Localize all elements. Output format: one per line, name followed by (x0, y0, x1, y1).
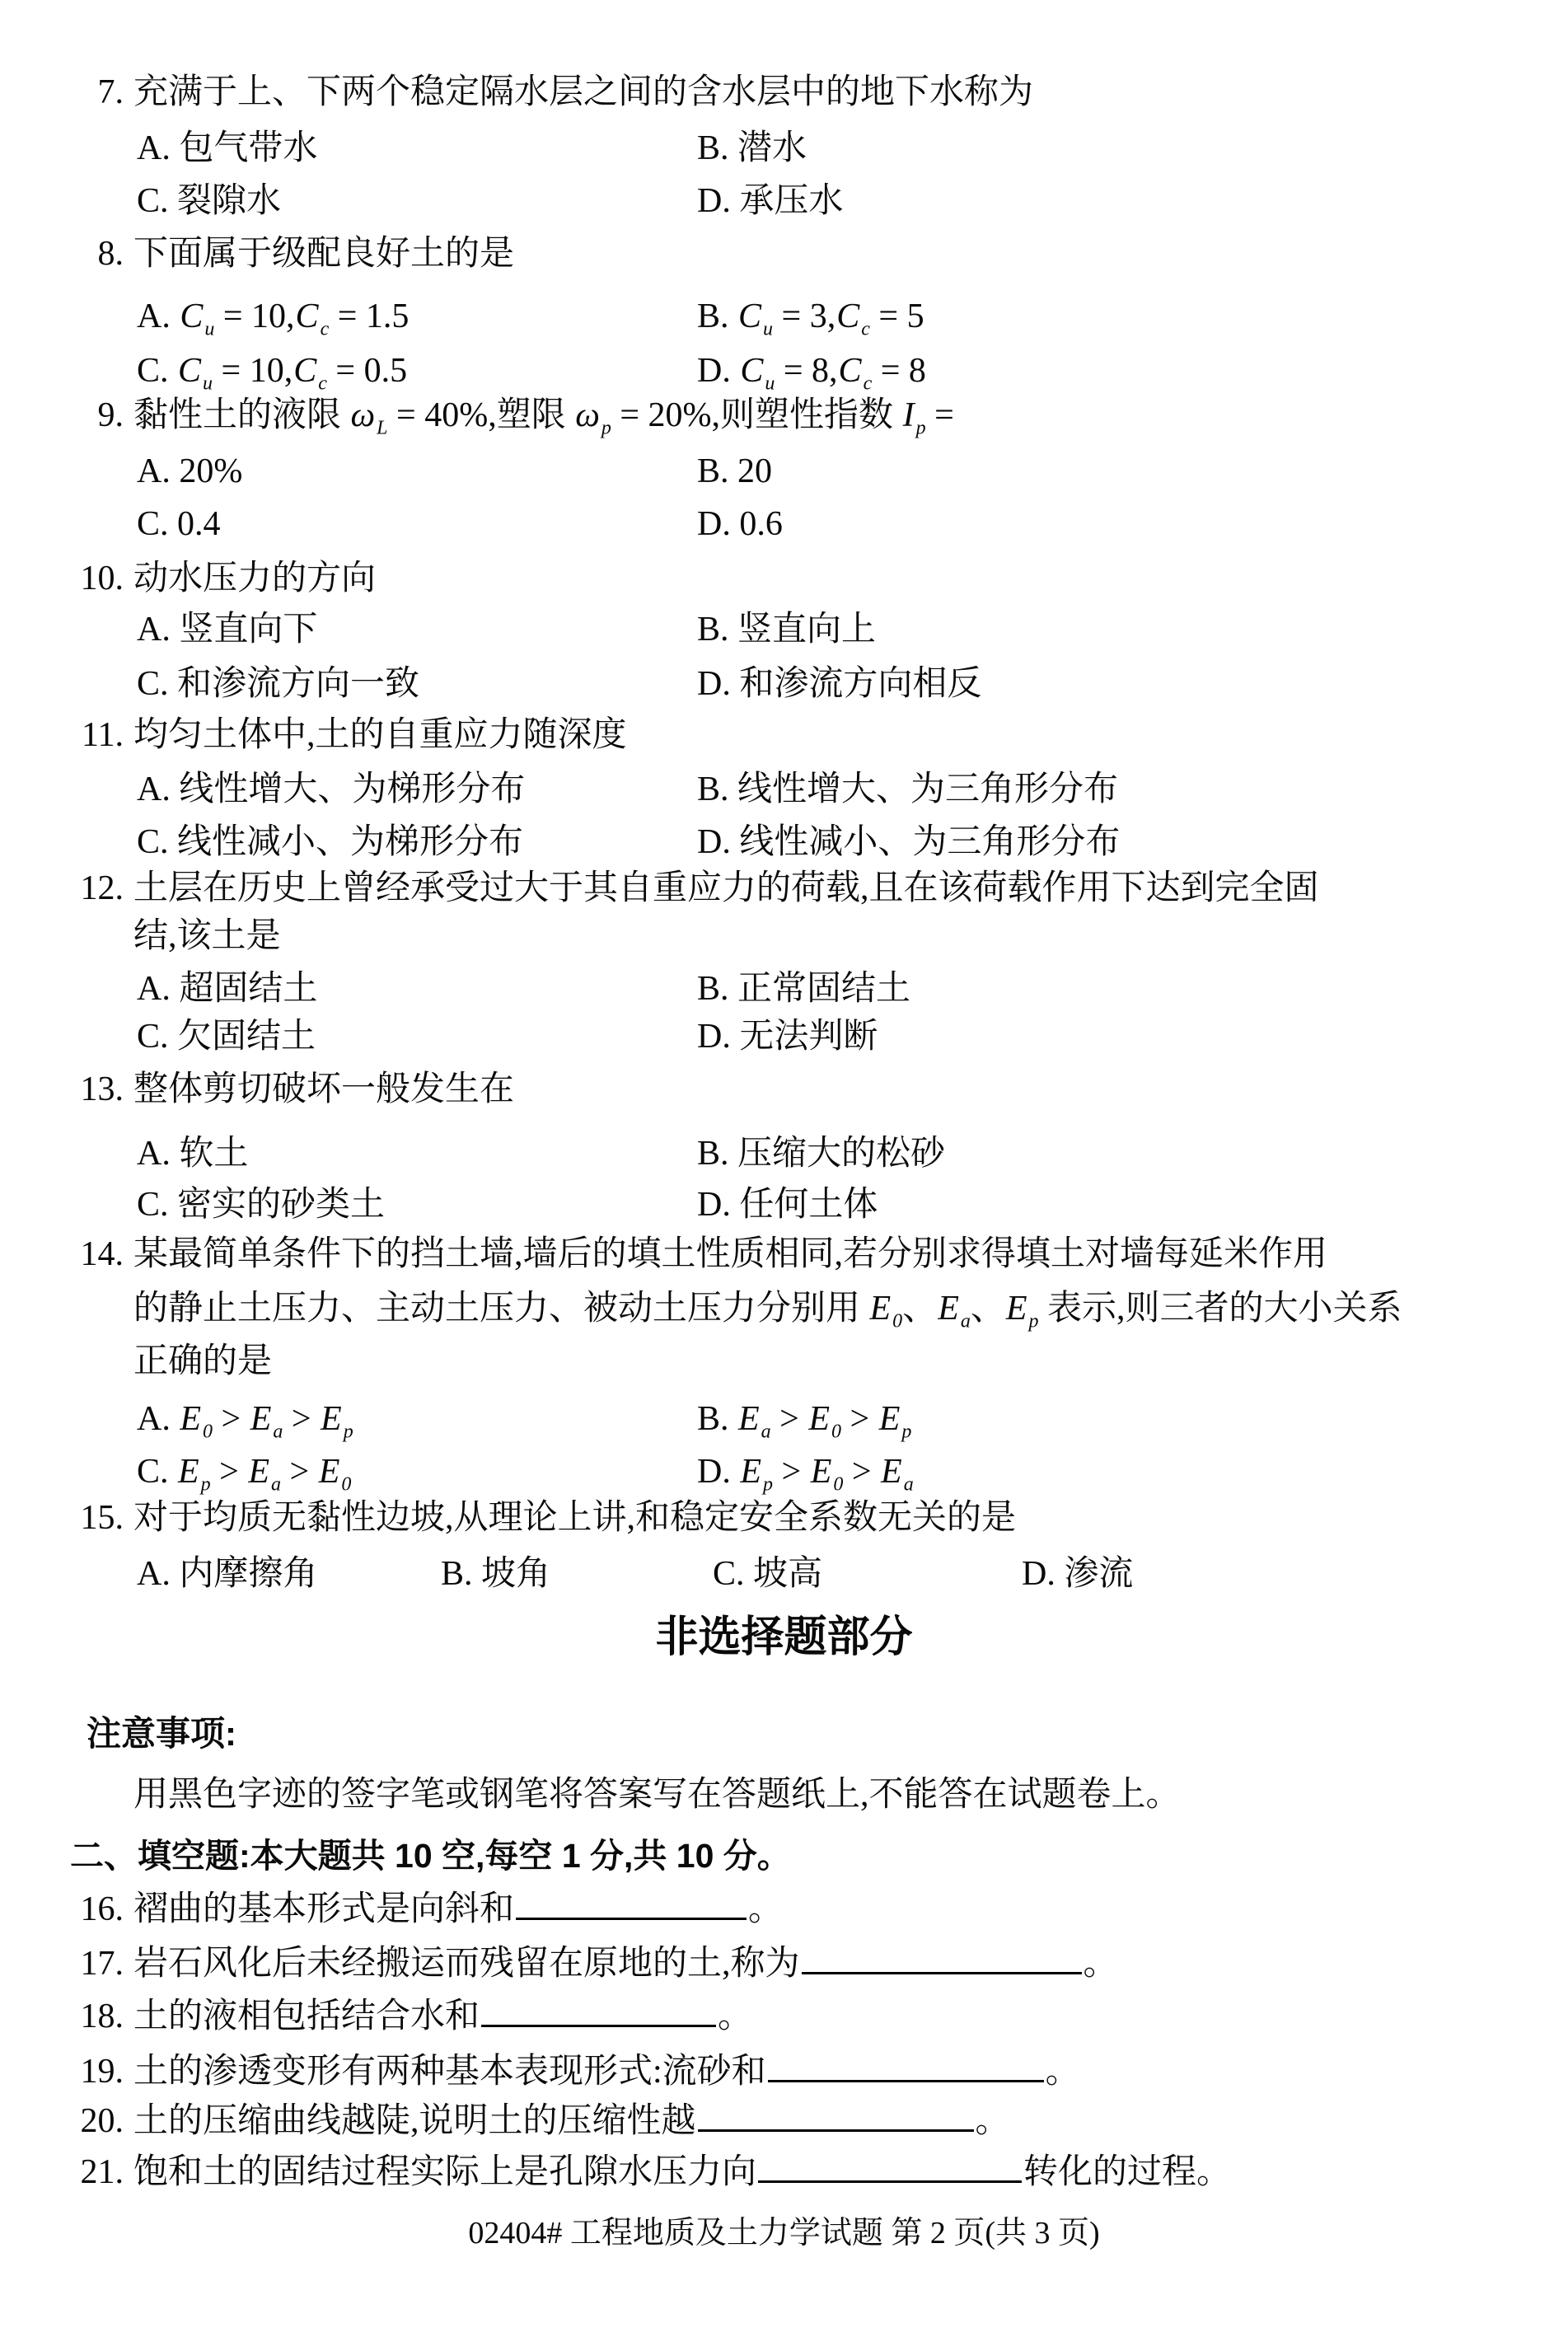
question-8-option-a: A. Cu = 10,Cc = 1.5 (137, 293, 409, 340)
answer-blank (698, 2124, 974, 2132)
question-15-option-b: B. 坡角 (441, 1551, 550, 1597)
answer-blank (758, 2175, 1022, 2183)
question-7-number: 7. (0, 69, 124, 115)
question-14-option-d: D. Ep > E0 > Ea (697, 1449, 914, 1495)
question-10-option-d: D. 和渗流方向相反 (697, 661, 981, 707)
question-13-option-b: B. 压缩大的松砂 (697, 1131, 945, 1177)
fill-in-section-header: 二、填空题:本大题共 10 空,每空 1 分,共 10 分。 (0, 1833, 1568, 1879)
notice-title: 注意事项: (0, 1711, 1568, 1757)
question-10-options-row-1: A. 竖直向下 B. 竖直向上 (0, 606, 1568, 653)
fill-question-16: 16.褶曲的基本形式是向斜和。 (0, 1886, 1568, 1932)
question-7-options-row-1: A. 包气带水 B. 潜水 (0, 125, 1568, 171)
question-10-options-row-2: C. 和渗流方向一致 D. 和渗流方向相反 (0, 661, 1568, 707)
notice-body: 用黑色字迹的签字笔或钢笔将答案写在答题纸上,不能答在试题卷上。 (0, 1772, 1568, 1818)
question-18-number: 18. (0, 1993, 124, 2040)
question-10-stem: 10.动水压力的方向 (0, 555, 1568, 602)
question-9-option-a: A. 20% (137, 448, 242, 494)
question-8-option-d: D. Cu = 8,Cc = 8 (697, 348, 926, 394)
exam-page: 7.充满于上、下两个稳定隔水层之间的含水层中的地下水称为 A. 包气带水 B. … (0, 0, 1568, 2337)
question-11-option-b: B. 线性增大、为三角形分布 (697, 766, 1118, 813)
question-14-stem-line-3: 正确的是 (0, 1338, 1568, 1384)
question-12-stem-line-1: 12.土层在历史上曾经承受过大于其自重应力的荷载,且在该荷载作用下达到完全固 (0, 865, 1568, 911)
question-21-number: 21. (0, 2149, 124, 2195)
question-9-option-b: B. 20 (697, 448, 772, 494)
question-18-text-post: 。 (718, 1997, 752, 2035)
question-14-options-row-2: C. Ep > Ea > E0 D. Ep > E0 > Ea (0, 1449, 1568, 1495)
question-7-stem: 7.充满于上、下两个稳定隔水层之间的含水层中的地下水称为 (0, 69, 1568, 115)
page-footer: 02404# 工程地质及土力学试题 第 2 页(共 3 页) (0, 2210, 1568, 2256)
question-10-option-a: A. 竖直向下 (137, 606, 317, 653)
question-7-option-d: D. 承压水 (697, 178, 843, 224)
question-17-text: 岩石风化后未经搬运而残留在原地的土,称为 (133, 1945, 800, 1983)
question-12-option-b: B. 正常固结土 (697, 966, 910, 1012)
question-14-option-b: B. Ea > E0 > Ep (697, 1396, 911, 1442)
question-15-option-a: A. 内摩擦角 (137, 1551, 317, 1597)
question-16-text-post: 。 (748, 1890, 783, 1928)
question-12-text-2: 结,该土是 (133, 917, 281, 955)
answer-blank (802, 1967, 1082, 1974)
question-18-text: 土的液相包括结合水和 (133, 1997, 480, 2035)
question-13-number: 13. (0, 1066, 124, 1112)
question-8-options-row-1: A. Cu = 10,Cc = 1.5 B. Cu = 3,Cc = 5 (0, 293, 1568, 340)
question-12-option-d: D. 无法判断 (697, 1014, 878, 1060)
question-8-text: 下面属于级配良好土的是 (133, 235, 514, 273)
question-20-number: 20. (0, 2098, 124, 2144)
question-13-option-c: C. 密实的砂类土 (137, 1182, 385, 1228)
question-20-text-post: 。 (976, 2102, 1010, 2140)
question-11-text: 均匀土体中,土的自重应力随深度 (133, 716, 627, 754)
question-9-option-c: C. 0.4 (137, 501, 221, 547)
question-14-stem-line-2: 的静止土压力、主动土压力、被动土压力分别用 E0、Ea、Ep 表示,则三者的大小… (0, 1286, 1568, 1332)
question-20-text: 土的压缩曲线越陡,说明土的压缩性越 (133, 2102, 696, 2140)
question-9-option-d: D. 0.6 (697, 501, 783, 547)
question-15-options-row: A. 内摩擦角 B. 坡角 C. 坡高 D. 渗流 (0, 1551, 1568, 1597)
question-15-text: 对于均质无黏性边坡,从理论上讲,和稳定安全系数无关的是 (133, 1499, 1016, 1537)
question-8-option-b: B. Cu = 3,Cc = 5 (697, 293, 924, 340)
question-12-options-row-2: C. 欠固结土 D. 无法判断 (0, 1014, 1568, 1060)
question-7-text: 充满于上、下两个稳定隔水层之间的含水层中的地下水称为 (133, 73, 1033, 111)
question-13-options-row-1: A. 软土 B. 压缩大的松砂 (0, 1131, 1568, 1177)
question-12-stem-line-2: 结,该土是 (0, 913, 1568, 959)
question-7-options-row-2: C. 裂隙水 D. 承压水 (0, 178, 1568, 224)
question-8-options-row-2: C. Cu = 10,Cc = 0.5 D. Cu = 8,Cc = 8 (0, 348, 1568, 394)
question-9-text: 黏性土的液限 ωL = 40%,塑限 ωp = 20%,则塑性指数 Ip = (133, 396, 954, 434)
question-16-text: 褶曲的基本形式是向斜和 (133, 1890, 514, 1928)
section-header: 非选择题部分 (0, 1609, 1568, 1666)
fill-question-21: 21.饱和土的固结过程实际上是孔隙水压力向转化的过程。 (0, 2149, 1568, 2195)
question-13-text: 整体剪切破坏一般发生在 (133, 1070, 514, 1108)
question-12-number: 12. (0, 865, 124, 911)
question-14-option-c: C. Ep > Ea > E0 (137, 1449, 351, 1495)
question-21-text-post: 转化的过程。 (1023, 2153, 1231, 2191)
question-14-text-2: 的静止土压力、主动土压力、被动土压力分别用 E0、Ea、Ep 表示,则三者的大小… (133, 1290, 1402, 1328)
question-9-number: 9. (0, 392, 124, 438)
question-8-number: 8. (0, 231, 124, 277)
answer-blank (481, 2020, 716, 2027)
question-13-options-row-2: C. 密实的砂类土 D. 任何土体 (0, 1182, 1568, 1228)
question-9-options-row-2: C. 0.4 D. 0.6 (0, 501, 1568, 547)
question-14-stem-line-1: 14.某最简单条件下的挡土墙,墙后的填土性质相同,若分别求得填土对墙每延米作用 (0, 1231, 1568, 1277)
fill-question-19: 19.土的渗透变形有两种基本表现形式:流砂和。 (0, 2049, 1568, 2095)
question-17-text-post: 。 (1084, 1945, 1118, 1983)
answer-blank (516, 1913, 747, 1920)
question-15-option-d: D. 渗流 (1022, 1551, 1133, 1597)
question-12-options-row-1: A. 超固结土 B. 正常固结土 (0, 966, 1568, 1012)
question-13-option-a: A. 软土 (137, 1131, 248, 1177)
question-19-text: 土的渗透变形有两种基本表现形式:流砂和 (133, 2053, 766, 2091)
question-16-number: 16. (0, 1886, 124, 1932)
question-11-option-c: C. 线性减小、为梯形分布 (137, 819, 523, 865)
question-12-text-1: 土层在历史上曾经承受过大于其自重应力的荷载,且在该荷载作用下达到完全固 (133, 869, 1319, 907)
question-14-number: 14. (0, 1231, 124, 1277)
question-13-option-d: D. 任何土体 (697, 1182, 878, 1228)
question-15-number: 15. (0, 1495, 124, 1541)
question-12-option-c: C. 欠固结土 (137, 1014, 316, 1060)
question-10-option-c: C. 和渗流方向一致 (137, 661, 419, 707)
question-11-option-d: D. 线性减小、为三角形分布 (697, 819, 1120, 865)
fill-question-17: 17.岩石风化后未经搬运而残留在原地的土,称为。 (0, 1941, 1568, 1987)
question-9-stem: 9.黏性土的液限 ωL = 40%,塑限 ωp = 20%,则塑性指数 Ip = (0, 392, 1568, 438)
question-10-text: 动水压力的方向 (133, 560, 376, 597)
question-21-text: 饱和土的固结过程实际上是孔隙水压力向 (133, 2153, 756, 2191)
question-10-option-b: B. 竖直向上 (697, 606, 876, 653)
question-11-options-row-2: C. 线性减小、为梯形分布 D. 线性减小、为三角形分布 (0, 819, 1568, 865)
question-19-text-post: 。 (1046, 2053, 1080, 2091)
question-9-options-row-1: A. 20% B. 20 (0, 448, 1568, 494)
question-14-option-a: A. E0 > Ea > Ep (137, 1396, 353, 1442)
question-7-option-a: A. 包气带水 (137, 125, 317, 171)
question-17-number: 17. (0, 1941, 124, 1987)
question-8-option-c: C. Cu = 10,Cc = 0.5 (137, 348, 407, 394)
question-13-stem: 13.整体剪切破坏一般发生在 (0, 1066, 1568, 1112)
question-14-text-3: 正确的是 (133, 1342, 272, 1380)
question-15-option-c: C. 坡高 (713, 1551, 822, 1597)
question-7-option-c: C. 裂隙水 (137, 178, 281, 224)
answer-blank (768, 2075, 1044, 2082)
question-7-option-b: B. 潜水 (697, 125, 807, 171)
question-10-number: 10. (0, 555, 124, 602)
question-15-stem: 15.对于均质无黏性边坡,从理论上讲,和稳定安全系数无关的是 (0, 1495, 1568, 1541)
question-12-option-a: A. 超固结土 (137, 966, 317, 1012)
question-14-options-row-1: A. E0 > Ea > Ep B. Ea > E0 > Ep (0, 1396, 1568, 1442)
question-14-text-1: 某最简单条件下的挡土墙,墙后的填土性质相同,若分别求得填土对墙每延米作用 (133, 1235, 1327, 1273)
question-19-number: 19. (0, 2049, 124, 2095)
question-11-stem: 11.均匀土体中,土的自重应力随深度 (0, 712, 1568, 758)
question-11-number: 11. (0, 712, 124, 758)
fill-question-18: 18.土的液相包括结合水和。 (0, 1993, 1568, 2040)
fill-question-20: 20.土的压缩曲线越陡,说明土的压缩性越。 (0, 2098, 1568, 2144)
question-8-stem: 8.下面属于级配良好土的是 (0, 231, 1568, 277)
question-11-option-a: A. 线性增大、为梯形分布 (137, 766, 525, 813)
question-11-options-row-1: A. 线性增大、为梯形分布 B. 线性增大、为三角形分布 (0, 766, 1568, 813)
